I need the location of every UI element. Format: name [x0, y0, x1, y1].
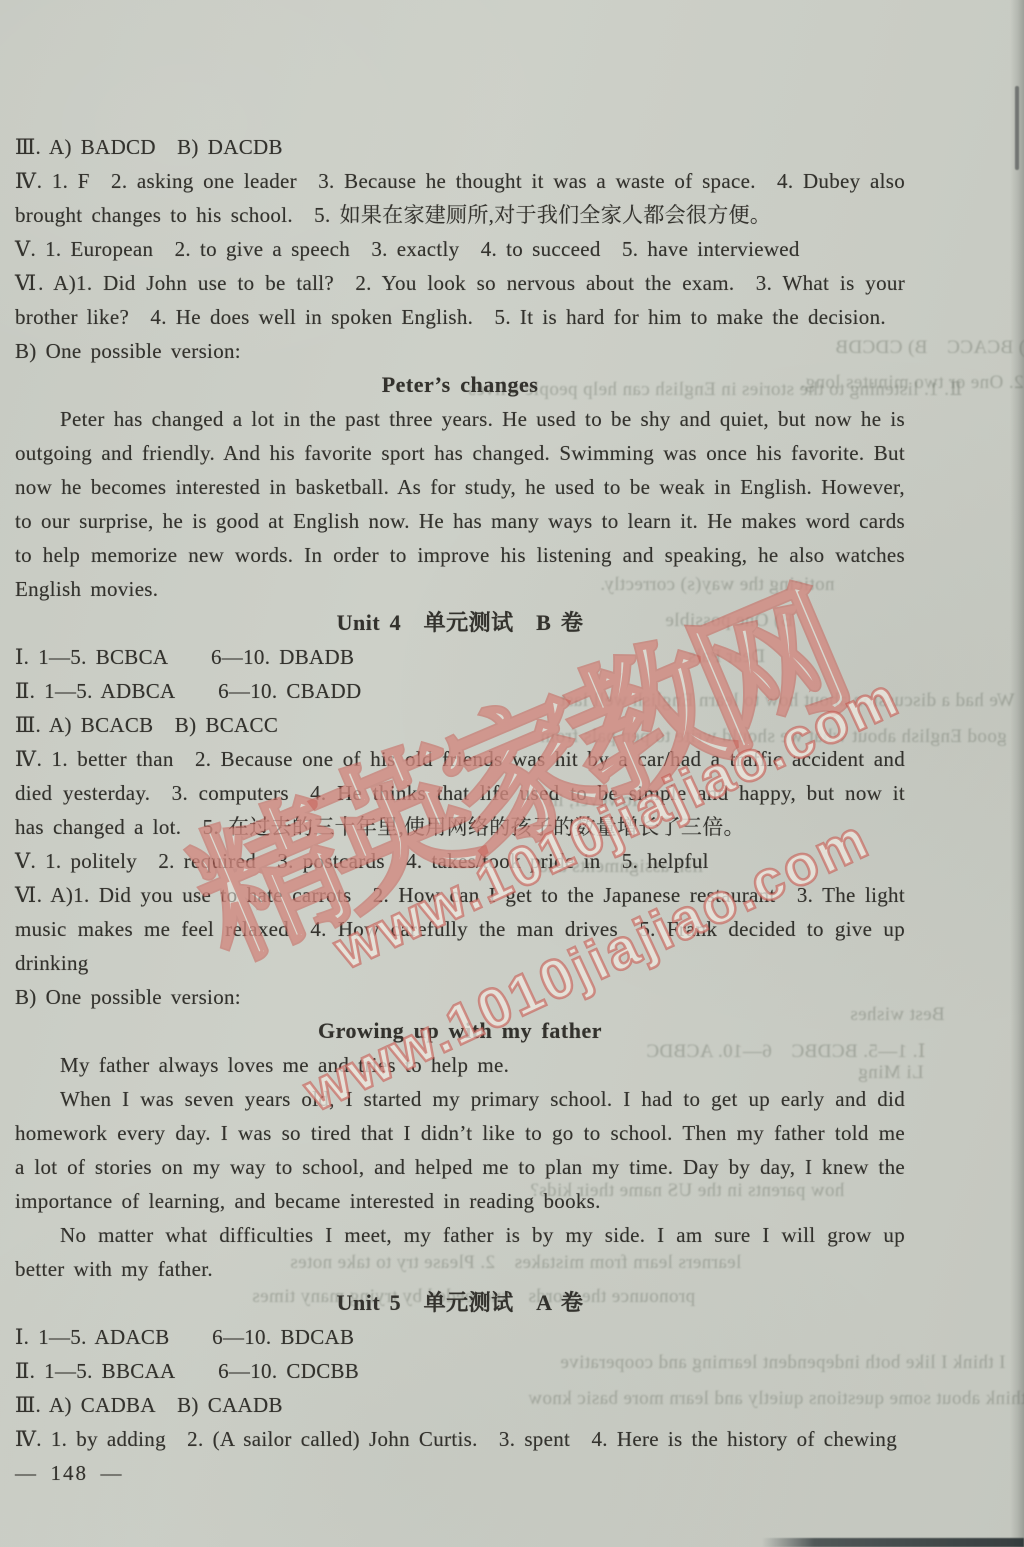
answer-line-section3: Ⅲ. A) CADBA B) CAADB — [15, 1388, 905, 1422]
answer-line-section2: Ⅱ. 1—5. ADBCA 6—10. CBADD — [15, 674, 905, 708]
answer-line-section4: Ⅳ. 1. better than 2. Because one of his … — [15, 742, 905, 844]
essay-title-growing-up: Growing up with my father — [15, 1014, 905, 1048]
answer-key-content: Ⅲ. A) BADCD B) DACDB Ⅳ. 1. F 2. asking o… — [15, 130, 905, 1490]
essay-paragraph: Peter has changed a lot in the past thre… — [15, 402, 905, 606]
answer-line-section1: Ⅰ. 1—5. ADACB 6—10. BDCAB — [15, 1320, 905, 1354]
answer-line-section5: Ⅴ. 1. politely 2. required 3. postcards … — [15, 844, 905, 878]
answer-line-section4: Ⅳ. 1. by adding 2. (A sailor called) Joh… — [15, 1422, 905, 1456]
scan-bottom-stripe — [762, 1538, 1024, 1547]
page-number: — 148 — — [15, 1456, 905, 1490]
essay-title-peters-changes: Peter’s changes — [15, 368, 905, 402]
essay-paragraph: When I was seven years old, I started my… — [15, 1082, 905, 1218]
answer-line-section6: Ⅵ. A)1. Did you use to hate carrots 2. H… — [15, 878, 905, 980]
answer-line-section1: Ⅰ. 1—5. BCBCA 6—10. DBADB — [15, 640, 905, 674]
answer-line-section4: Ⅳ. 1. F 2. asking one leader 3. Because … — [15, 164, 905, 232]
essay-paragraph: My father always loves me and tries to h… — [15, 1048, 905, 1082]
unit5-test-heading: Unit 5 单元测试 A 卷 — [15, 1286, 905, 1320]
answer-line-section3: Ⅲ. A) BADCD B) DACDB — [15, 130, 905, 164]
answer-line-section2: Ⅱ. 1—5. BBCAA 6—10. CDCBB — [15, 1354, 905, 1388]
possible-version-label: B) One possible version: — [15, 334, 905, 368]
scan-edge-shadow — [1010, 0, 1024, 1547]
unit4-test-heading: Unit 4 单元测试 B 卷 — [15, 606, 905, 640]
answer-line-section3: Ⅲ. A) BCACB B) BCACC — [15, 708, 905, 742]
answer-line-section5: Ⅴ. 1. European 2. to give a speech 3. ex… — [15, 232, 905, 266]
possible-version-label: B) One possible version: — [15, 980, 905, 1014]
answer-line-section6: Ⅵ. A)1. Did John use to be tall? 2. You … — [15, 266, 905, 334]
scanned-page: Ⅲ. A) BCACC B) CDCDB Ⅱ. 1. listening to … — [0, 0, 1024, 1547]
essay-paragraph: No matter what difficulties I meet, my f… — [15, 1218, 905, 1286]
